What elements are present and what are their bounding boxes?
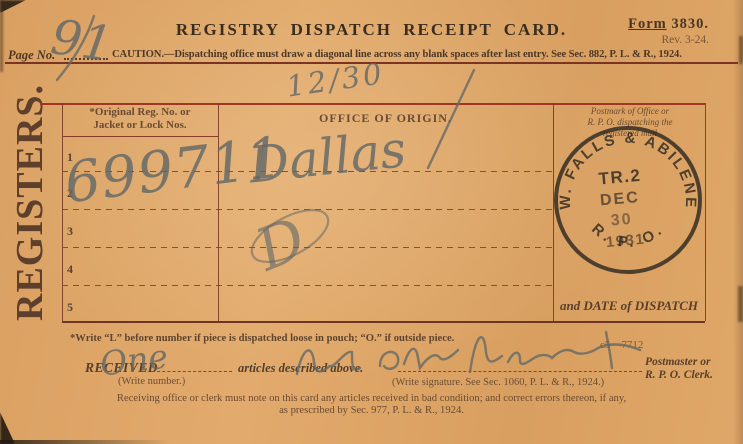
table-row: 4	[67, 262, 73, 277]
caution-rule	[5, 62, 738, 64]
row-divider-4	[62, 285, 553, 286]
table-row: 1	[67, 150, 73, 165]
page-no-blank	[64, 46, 108, 60]
page-no-label: Page No.	[8, 48, 55, 63]
scan-edge-right-shade	[733, 0, 743, 444]
col1-header-line1: *Original Reg. No. or	[62, 106, 218, 119]
table-bottom-line	[62, 321, 705, 323]
col1-header-line2: Jacket or Lock Nos.	[62, 119, 218, 132]
col2-header: OFFICE OF ORIGIN.	[218, 111, 553, 126]
row-divider-1	[62, 171, 553, 172]
table-row: 3	[67, 224, 73, 239]
row-divider-3	[62, 247, 553, 248]
received-label: RECEIVED	[85, 360, 158, 376]
form-revision: Rev. 3-24.	[628, 34, 709, 46]
table-row: 2	[67, 186, 73, 201]
form-word: Form	[628, 16, 667, 32]
postmark-stamp: W. FALLS & ABILENE R. P. O. TR.2 DEC 30 …	[550, 100, 710, 305]
scan-edge-bottom	[0, 440, 170, 444]
received-number-blank	[152, 358, 232, 372]
bottom-note-line1: Receiving office or clerk must note on t…	[0, 393, 743, 404]
bottom-note-line2: as prescribed by Sec. 977, P. L. & R., 1…	[0, 405, 743, 416]
col1-header: *Original Reg. No. or Jacket or Lock Nos…	[62, 106, 218, 132]
postmark-train-number: TR.2	[598, 166, 642, 189]
signature-blank	[398, 358, 642, 372]
receipt-card: REGISTRY DISPATCH RECEIPT CARD. Form 383…	[0, 0, 743, 444]
postmaster-label: Postmaster or R. P. O. Clerk.	[645, 356, 713, 382]
write-signature-hint: (Write signature. See Sec. 1060, P. L. &…	[392, 377, 604, 388]
scan-edge-top-left	[0, 0, 26, 13]
print-code: c5—7712	[600, 339, 643, 351]
postmark-year: 1931	[605, 231, 646, 251]
articles-described-label: articles described above.	[238, 361, 363, 376]
registers-label: REGISTERS.	[0, 103, 60, 321]
write-number-hint: (Write number.)	[118, 376, 185, 387]
postmark-month: DEC	[599, 189, 640, 209]
blank-mark-loop	[244, 200, 336, 273]
postmaster-line2: R. P. O. Clerk.	[645, 369, 713, 382]
footnote: *Write “L” before number if piece is dis…	[70, 333, 454, 344]
form-number-block: Form 3830. Rev. 3-24.	[628, 15, 709, 46]
form-num: 3830.	[671, 16, 709, 32]
table-col-divider	[218, 103, 219, 321]
row-divider-2	[62, 209, 553, 210]
handwritten-origin: Dallas	[245, 120, 409, 194]
form-number-label: Form 3830.	[628, 16, 709, 32]
handwritten-blank-mark: D	[246, 204, 316, 285]
caution-text: CAUTION.—Dispatching office must draw a …	[112, 49, 712, 60]
table-row: 5	[67, 300, 73, 315]
postmaster-line1: Postmaster or	[645, 356, 713, 369]
col1-header-underline	[62, 136, 218, 137]
postmark-day: 30	[610, 211, 633, 230]
